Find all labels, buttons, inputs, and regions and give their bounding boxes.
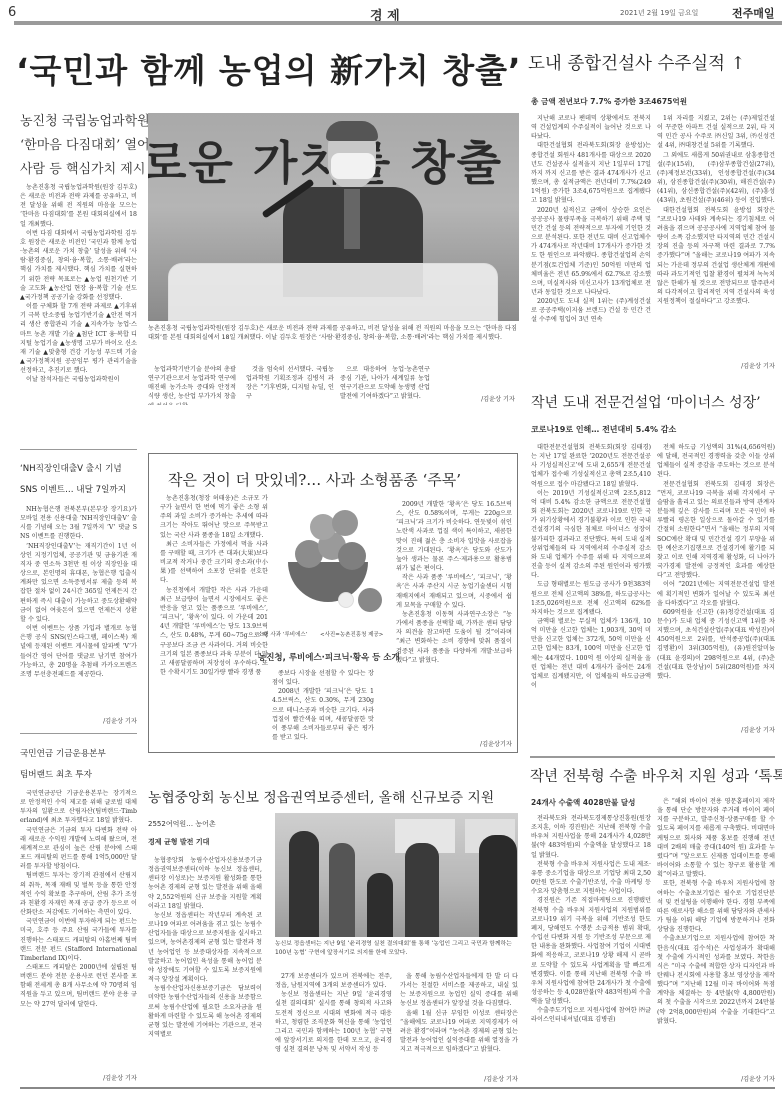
specialty-byline: /김윤상 기자	[700, 726, 775, 735]
lead-column-1: 농촌진흥청 국립농업과학원(원장 김두호)은 새로운 비전과 전략 과제를 공유…	[20, 183, 137, 438]
specialty-column-2: 전체 하도급 기성액의 31%(4,656억원)에 달해, 전국적인 경쟁력을 …	[657, 443, 775, 725]
nh-headline-line: ‘NH직장인대출V 출시 기념	[20, 459, 126, 480]
export-subhead: 24개사 수출액 4028만불 달성	[531, 797, 635, 808]
apple-column-2: 종보다 시장을 선점할 수 있다는 장점이 있다. 2008년 개발한 ‘피크닉…	[272, 669, 374, 751]
nonghyup-photo	[275, 813, 518, 937]
construction-headline: 도내 종합건설사 수주실적 ↑	[528, 50, 745, 75]
nonghyup-headline: 농협중앙회 농신보 정읍권역보증센터, 올해 신규보증 지원	[148, 786, 494, 806]
apple-icon	[358, 588, 382, 612]
lead-subhead: 농진청 국립농업과학원	[20, 110, 150, 134]
lead-subheads: 농진청 국립농업과학원 ‘한마음 다짐대회’ 열어 사람 등 핵심가치 제시	[20, 110, 150, 182]
page-bottom-rule	[20, 1087, 775, 1089]
nh-headline: ‘NH직장인대출V 출시 기념 SNS 이벤트… 내달 7일까지	[20, 459, 126, 501]
export-byline: /김윤상 기자	[700, 1075, 775, 1084]
nps-byline: /김윤상 기자	[80, 1074, 137, 1083]
apple-column-1: 농촌진흥청(청장 허태웅)은 소규모 가구가 늘면서 한 번에 먹기 좋은 소형…	[160, 494, 268, 749]
nonghyup-subhead: 경제 균형 발전 기대	[148, 833, 216, 851]
nps-headline: 국민연금 기금운용본부 팀버랜드 최초 투자	[20, 744, 106, 786]
apple-photo-credit: <사진=농촌진흥청 제공>	[320, 631, 383, 640]
nonghyup-column-2: 27개 보증센터가 있으며 전북에는 전주, 정읍, 남원지역에 3개의 보증센…	[275, 972, 392, 1087]
export-column-2: 은 “해외 바이어 전용 영문홈페이지 제작을 통해 단순 방문자와 주거래 바…	[657, 797, 775, 1077]
apple-column-3: 2009년 개발한 ‘황옥’은 당도 16.5브릭스, 산도 0.58%이며, …	[396, 500, 512, 740]
nonghyup-subheads: 2552여억원… 농어촌 경제 균형 발전 기대	[148, 815, 216, 851]
specialty-subhead: 코로나19로 인해… 전년대비 5.4% 감소	[531, 424, 676, 435]
divider-nh-nps	[20, 733, 137, 734]
apple-headline: 작은 것이 더 맛있네?… 사과 소형품종 ‘주목’	[168, 469, 461, 490]
lead-byline: /김윤상 기자	[440, 395, 515, 404]
speaker-mask	[331, 153, 375, 179]
construction-column-2: 1위 자리를 지켰고, 2위는 (주)제일건설이 꾸준한 아파트 건설 실적으로…	[657, 114, 775, 359]
person	[329, 843, 355, 937]
nps-headline-line: 팀버랜드 최초 투자	[20, 765, 106, 786]
apple-icon	[338, 542, 366, 570]
construction-subhead: 총 금액 전년보다 7.7% 증가한 3조4675억원	[531, 96, 687, 107]
construction-column-1: 지난해 코로나 팬데믹 상황에서도 전북지역 건설업계의 수주실적이 늘어난 것…	[531, 114, 651, 372]
speaker-hair	[326, 121, 378, 141]
apple-icon	[338, 592, 354, 608]
specialty-headline: 작년 도내 전문건설업 ‘마이너스 성장’	[531, 392, 761, 412]
nps-headline-line: 국민연금 기금운용본부	[20, 744, 106, 765]
export-column-1: 전라북도와 전라북도경제통상진흥원(원장 조지훈, 이하 경진원)은 지난해 전…	[531, 814, 651, 1086]
export-headline: 작년 전북형 수출 바우처 지원 성과 ‘톡톡’	[530, 765, 782, 786]
lead-column-2: 농업과학기반기술 분야의 총괄 연구기관으로서 농업과학 연구에 매진해 농가소…	[148, 365, 236, 405]
paper-name: 전주매일	[732, 5, 775, 21]
construction-byline: /김윤상 기자	[700, 362, 775, 371]
specialty-column-1: 대한전문건설협회 전북도회(회장 김태경)는 지난 17일 완료한 ‘2020년…	[531, 443, 651, 733]
lead-column-4: 으로 대응하여 농업·농촌연구 중심 기관, 나아가 세계일류 농업 연구기관으…	[340, 365, 430, 405]
podium	[168, 263, 498, 321]
lead-headline: ‘국민과 함께 농업의 新가치 창출’	[16, 45, 522, 92]
issue-date: 2021년 2월 19일 금요일	[620, 8, 698, 18]
person	[367, 873, 393, 937]
nh-body: NH농협은행 전북본부(본부장 장기요)가 모바일 전용 신용대출 ‘NH직장인…	[20, 505, 137, 730]
apple-photo-caption: 소형 사과 ‘루비에스’	[258, 631, 308, 640]
nps-body: 국민연금공단 기금운용본부는 장기적으로 안정적인 수익 제고를 위해 글로벌 …	[20, 789, 137, 1084]
person	[289, 831, 319, 937]
divider-lead-nh	[20, 449, 137, 450]
lead-subhead: 사람 등 핵심가치 제시	[20, 158, 150, 182]
apple-photo	[270, 500, 382, 618]
divider-specialty-export	[530, 756, 775, 758]
nonghyup-column-1: 농협중앙회 농림수산업자신용보증기금 정읍권역보증센터(이하 농신보 정읍센터,…	[148, 856, 262, 1086]
apple-byline: /김윤상기자	[440, 740, 512, 749]
lead-photo: 로운 가치를 창출 하	[148, 113, 519, 321]
nonghyup-byline: /김윤상 기자	[450, 1075, 518, 1084]
lead-photo-caption: 농촌진흥청 국립농업과학원(원장 김두호)은 새로운 비전과 전략 과제를 공유…	[148, 324, 519, 354]
apple-subhead: 농진청, 루비에스·피크닉·황옥 등 소개	[258, 651, 400, 663]
person	[405, 843, 439, 937]
nh-headline-line: SNS 이벤트… 내달 7일까지	[20, 480, 126, 501]
nonghyup-column-3: 을 통해 농림수산업자들에게 한 발 더 다가서는 친절한 서비스를 제공하고,…	[400, 972, 518, 1077]
page-number: 6	[8, 5, 16, 20]
nh-byline: /김윤상 기자	[80, 717, 137, 726]
person	[479, 835, 517, 937]
nonghyup-photo-caption: 농신보 정읍센터는 지난 9일 ‘윤리경영 실천 결의대회’를 통해 ‘농업인 …	[275, 940, 518, 960]
lead-subhead: ‘한마음 다짐대회’ 열어	[20, 134, 150, 158]
nonghyup-subhead: 2552여억원… 농어촌	[148, 815, 216, 833]
apple-icon	[332, 510, 358, 536]
lead-column-3: 것을 엄숙히 선서했다. 국립농업과학원 기획조정과 김병석 과장은 “기후변화…	[246, 365, 334, 405]
speaker-tie	[344, 189, 360, 249]
masthead-rule	[14, 21, 782, 25]
